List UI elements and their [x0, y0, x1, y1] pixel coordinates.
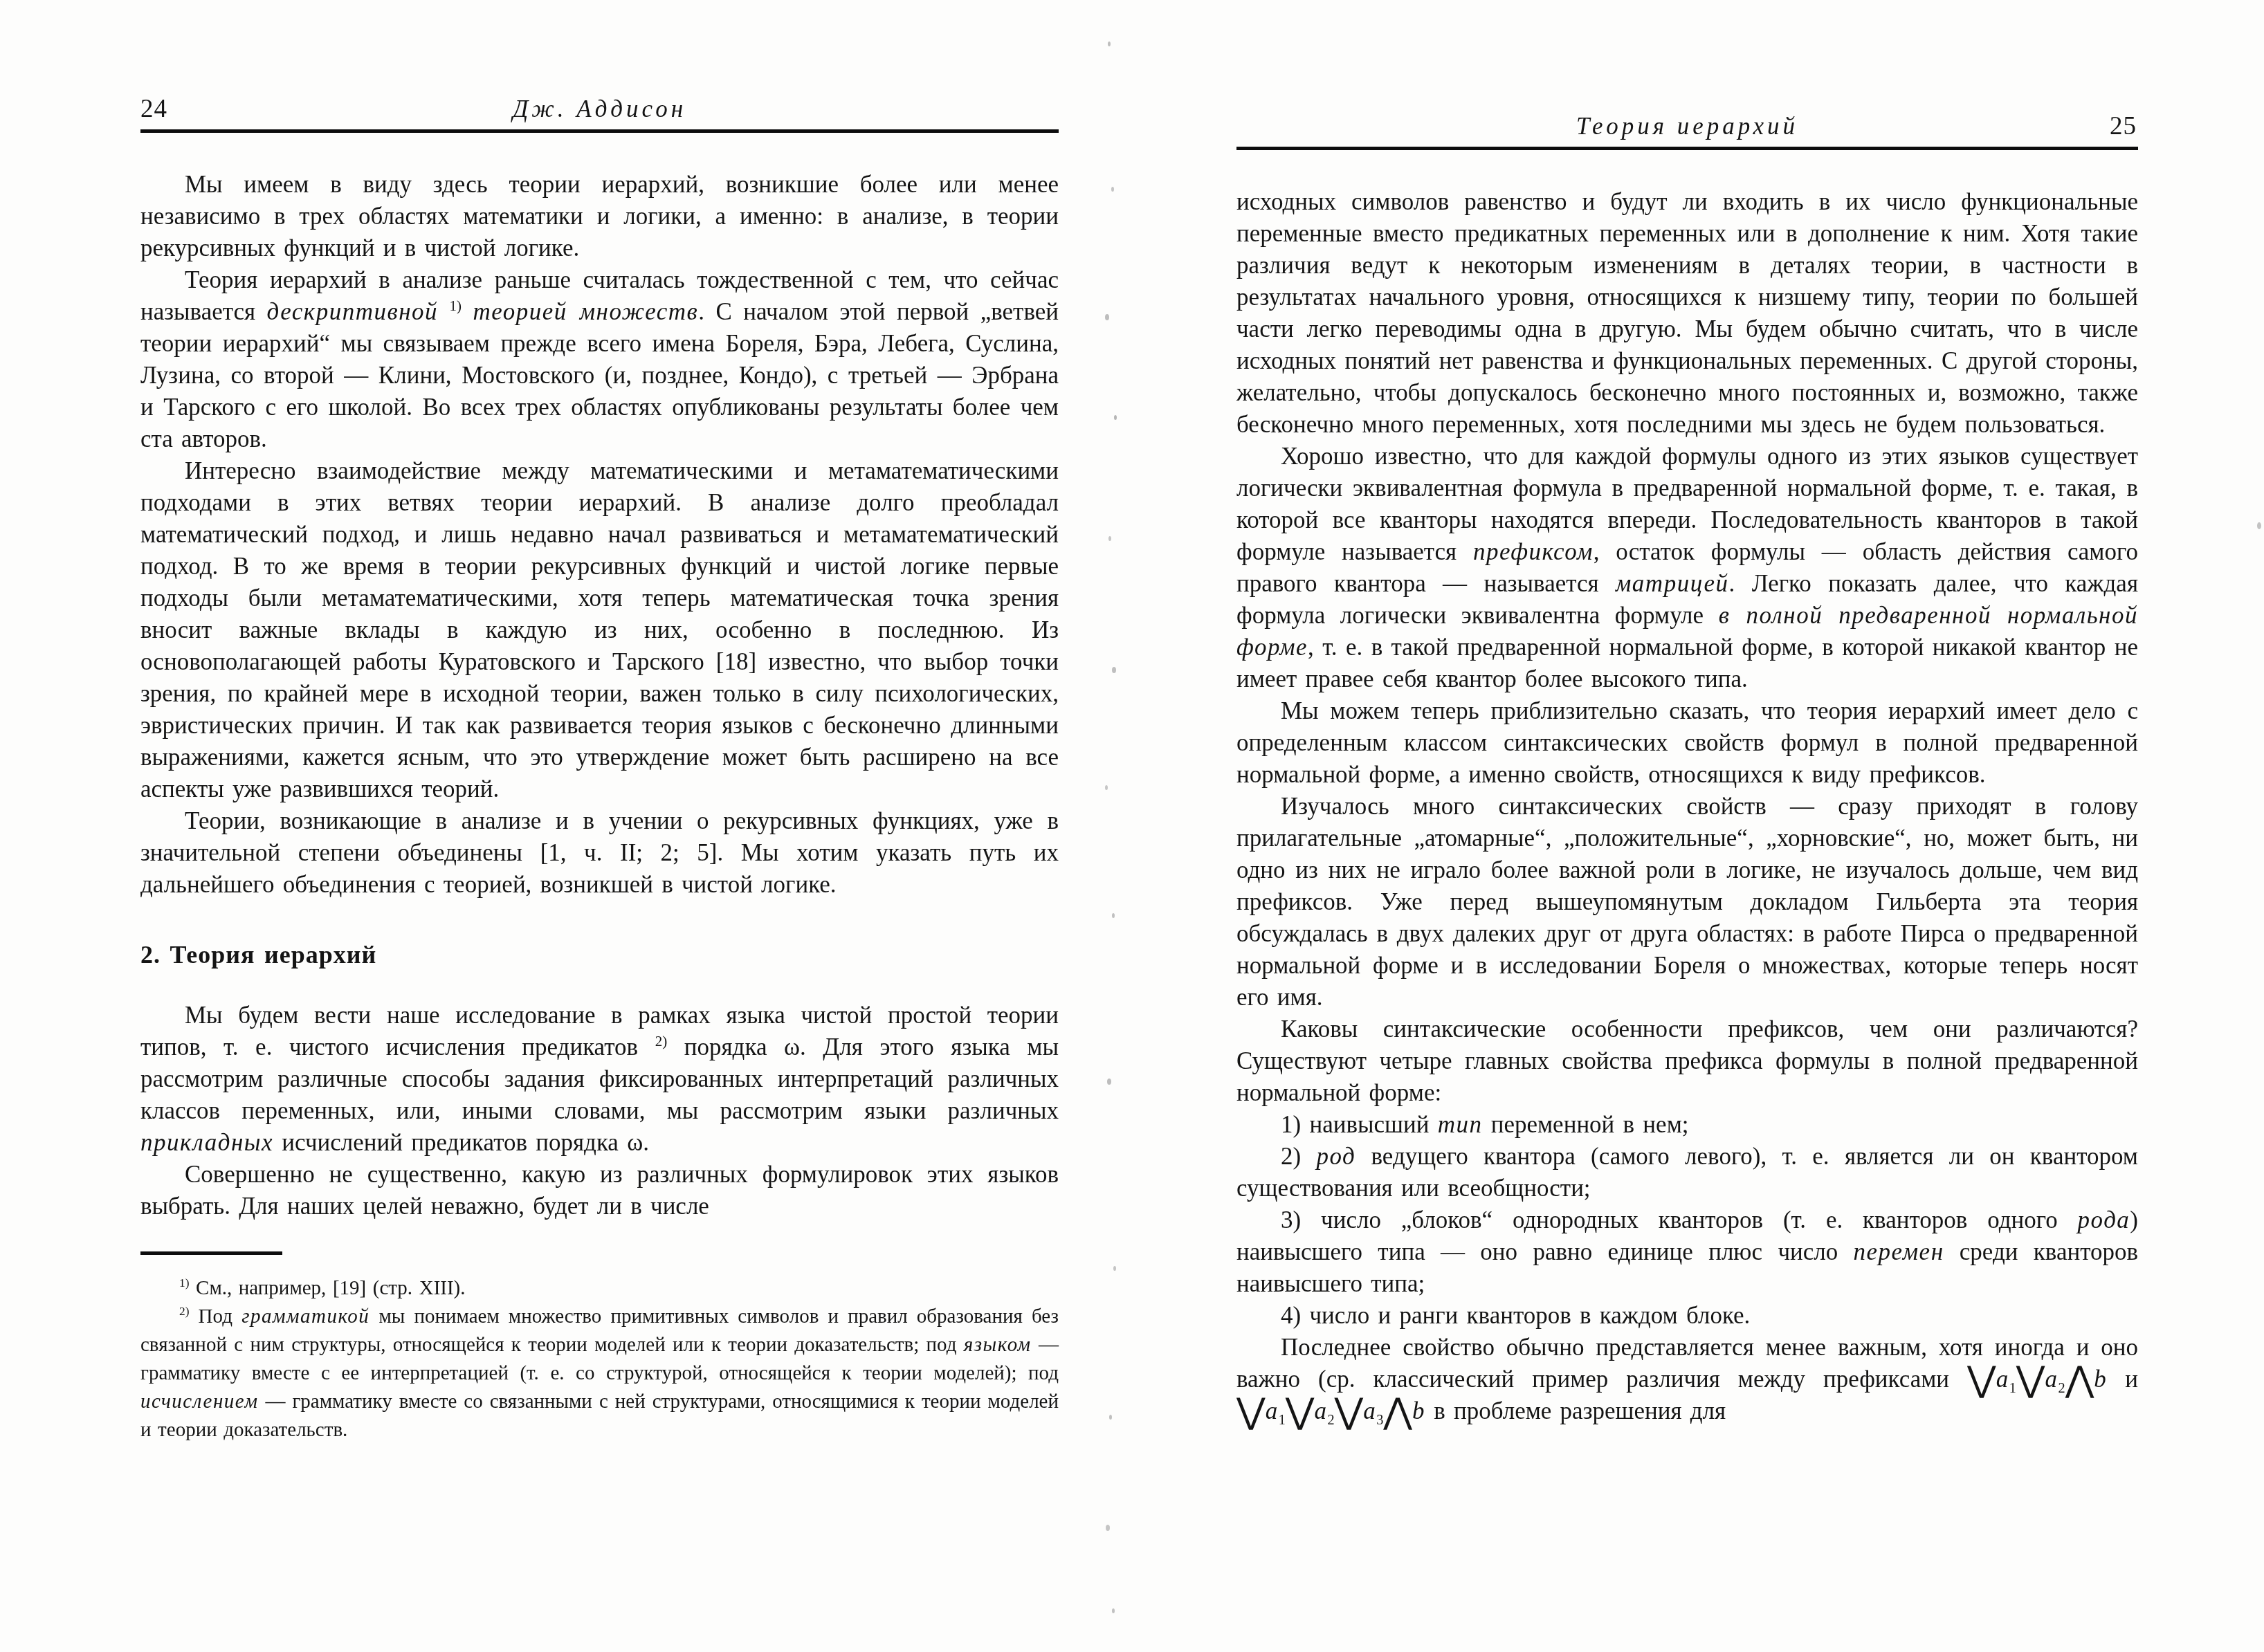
right-running-head: Теория иерархий 25: [1236, 107, 2138, 147]
right-page-body: исходных символов равенство и будут ли в…: [1236, 150, 2138, 1427]
paragraph: Совершенно не существенно, какую из разл…: [140, 1159, 1059, 1222]
paragraph: Изучалось много синтаксических свойств —…: [1236, 791, 2138, 1013]
paragraph: Теории, возникающие в анализе и в учении…: [140, 805, 1059, 901]
paragraph: Мы будем вести наше исследование в рамка…: [140, 1000, 1059, 1159]
footnote: 2) Под грамматикой мы понимаем множество…: [140, 1303, 1059, 1444]
footnote: 1) См., например, [19] (стр. XIII).: [140, 1274, 1059, 1303]
paragraph: Мы можем теперь приблизительно сказать, …: [1236, 695, 2138, 791]
right-running-title: Теория иерархий: [1236, 113, 2138, 140]
paragraph: Интересно взаимодействие между математич…: [140, 455, 1059, 805]
footnote-rule: [140, 1251, 282, 1255]
right-page: Теория иерархий 25 исходных символов рав…: [1236, 107, 2138, 1427]
paragraph: Последнее свойство обычно представляется…: [1236, 1332, 2138, 1427]
paragraph: Мы имеем в виду здесь теории иерархий, в…: [140, 169, 1059, 264]
left-running-title: Дж. Аддисон: [140, 95, 1059, 123]
left-running-head: 24 Дж. Аддисон: [140, 90, 1059, 129]
right-page-number: 25: [2110, 111, 2137, 141]
list-item: 1) наивысший тип переменной в нем;: [1236, 1109, 2138, 1141]
section-heading: 2. Теория иерархий: [140, 939, 1059, 971]
paragraph: Теория иерархий в анализе раньше считала…: [140, 264, 1059, 455]
list-item: 2) род ведущего квантора (самого левого)…: [1236, 1141, 2138, 1204]
left-page-body: Мы имеем в виду здесь теории иерархий, в…: [140, 133, 1059, 1444]
paragraph: Каковы синтаксические особенности префик…: [1236, 1013, 2138, 1109]
left-page: 24 Дж. Аддисон Мы имеем в виду здесь тео…: [140, 90, 1059, 1444]
paragraph: исходных символов равенство и будут ли в…: [1236, 186, 2138, 441]
paragraph: Хорошо известно, что для каждой формулы …: [1236, 441, 2138, 695]
list-item: 4) число и ранги кванторов в каждом блок…: [1236, 1300, 2138, 1332]
footnotes: 1) См., например, [19] (стр. XIII). 2) П…: [140, 1274, 1059, 1444]
edge-speck: [2257, 522, 2261, 529]
list-item: 3) число „блоков“ однородных кванторов (…: [1236, 1204, 2138, 1300]
gutter-noise: [1108, 42, 1111, 46]
